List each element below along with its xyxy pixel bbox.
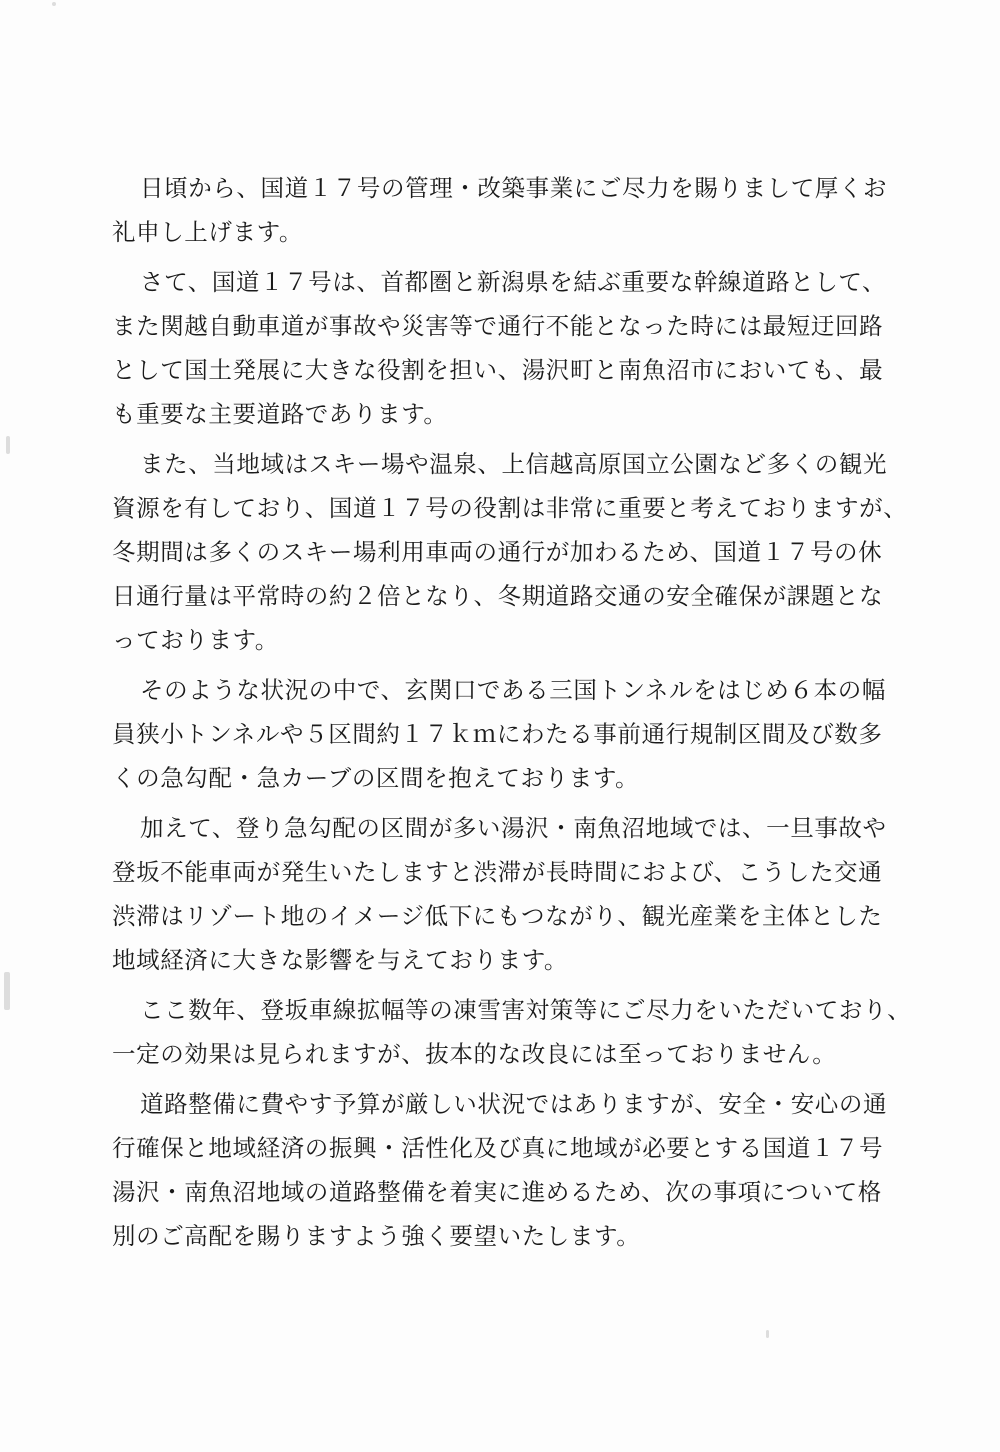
paragraph: ここ数年、登坂車線拡幅等の凍雪害対策等にご尽力をいただいており、 一定の効果は見… — [112, 988, 872, 1076]
text-line: 道路整備に費やす予算が厳しい状況ではありますが、安全・安心の通 — [112, 1082, 872, 1126]
scan-mark-left-upper — [6, 436, 10, 454]
text-line: また、当地域はスキー場や温泉、上信越高原国立公園など多くの観光 — [112, 442, 872, 486]
paragraph: 道路整備に費やす予算が厳しい状況ではありますが、安全・安心の通 行確保と地域経済… — [112, 1082, 872, 1258]
text-line: 日通行量は平常時の約２倍となり、冬期道路交通の安全確保が課題とな — [112, 574, 872, 618]
text-line: 員狭小トンネルや５区間約１７ｋｍにわたる事前通行規制区間及び数多 — [112, 712, 872, 756]
paragraph: さて、国道１７号は、首都圏と新潟県を結ぶ重要な幹線道路として、 また関越自動車道… — [112, 260, 872, 436]
scan-mark-top — [52, 2, 56, 6]
text-line: くの急勾配・急カーブの区間を抱えております。 — [112, 756, 872, 800]
letter-body: 日頃から、国道１７号の管理・改築事業にご尽力を賜りまして厚くお 礼申し上げます。… — [112, 166, 872, 1258]
paragraph: また、当地域はスキー場や温泉、上信越高原国立公園など多くの観光 資源を有しており… — [112, 442, 872, 662]
text-line: ここ数年、登坂車線拡幅等の凍雪害対策等にご尽力をいただいており、 — [112, 988, 872, 1032]
text-line: 登坂不能車両が発生いたしますと渋滞が長時間におよび、こうした交通 — [112, 850, 872, 894]
text-line: 加えて、登り急勾配の区間が多い湯沢・南魚沼地域では、一旦事故や — [112, 806, 872, 850]
text-line: っております。 — [112, 618, 872, 662]
text-line: 行確保と地域経済の振興・活性化及び真に地域が必要とする国道１７号 — [112, 1126, 872, 1170]
text-line: 礼申し上げます。 — [112, 210, 872, 254]
paragraph: そのような状況の中で、玄関口である三国トンネルをはじめ６本の幅 員狭小トンネルや… — [112, 668, 872, 800]
text-line: 渋滞はリゾート地のイメージ低下にもつながり、観光産業を主体とした — [112, 894, 872, 938]
scan-mark-right — [766, 1330, 769, 1338]
scanned-page: 日頃から、国道１７号の管理・改築事業にご尽力を賜りまして厚くお 礼申し上げます。… — [0, 0, 1000, 1452]
text-line: また関越自動車道が事故や災害等で通行不能となった時には最短迂回路 — [112, 304, 872, 348]
paragraph: 加えて、登り急勾配の区間が多い湯沢・南魚沼地域では、一旦事故や 登坂不能車両が発… — [112, 806, 872, 982]
text-line: 地域経済に大きな影響を与えております。 — [112, 938, 872, 982]
text-line: 日頃から、国道１７号の管理・改築事業にご尽力を賜りまして厚くお — [112, 166, 872, 210]
text-line: 別のご高配を賜りますよう強く要望いたします。 — [112, 1214, 872, 1258]
text-line: そのような状況の中で、玄関口である三国トンネルをはじめ６本の幅 — [112, 668, 872, 712]
text-line: さて、国道１７号は、首都圏と新潟県を結ぶ重要な幹線道路として、 — [112, 260, 872, 304]
text-line: も重要な主要道路であります。 — [112, 392, 872, 436]
text-line: 資源を有しており、国道１７号の役割は非常に重要と考えておりますが、 — [112, 486, 872, 530]
scan-mark-left-middle — [4, 972, 10, 1010]
text-line: 一定の効果は見られますが、抜本的な改良には至っておりません。 — [112, 1032, 872, 1076]
text-line: 湯沢・南魚沼地域の道路整備を着実に進めるため、次の事項について格 — [112, 1170, 872, 1214]
text-line: 冬期間は多くのスキー場利用車両の通行が加わるため、国道１７号の休 — [112, 530, 872, 574]
paragraph: 日頃から、国道１７号の管理・改築事業にご尽力を賜りまして厚くお 礼申し上げます。 — [112, 166, 872, 254]
text-line: として国土発展に大きな役割を担い、湯沢町と南魚沼市においても、最 — [112, 348, 872, 392]
